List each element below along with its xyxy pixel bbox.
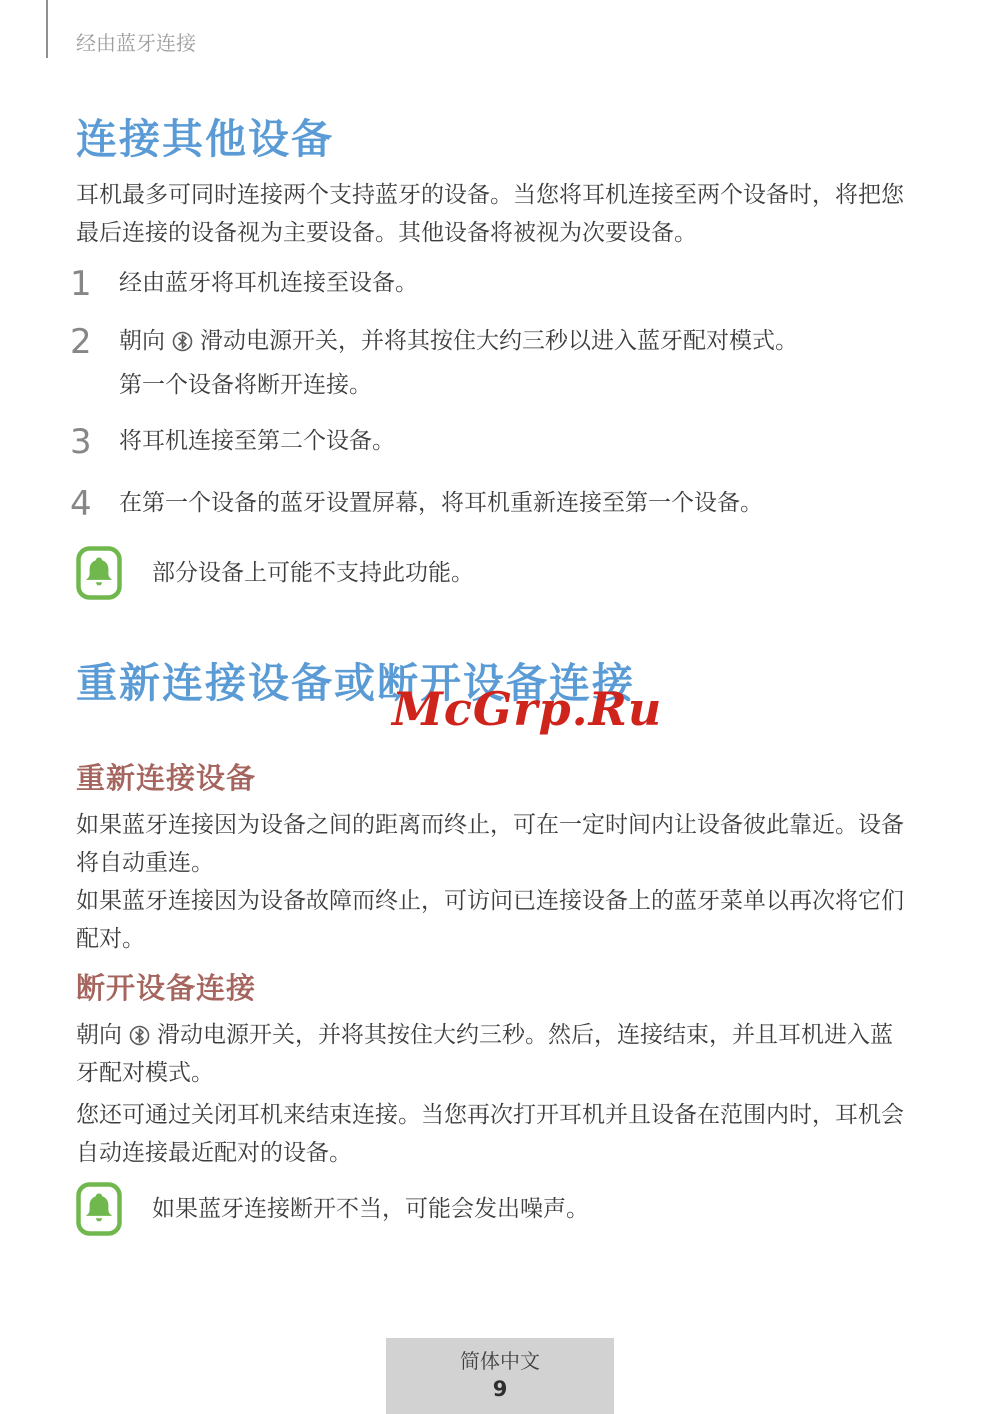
manual-page: 经由蓝牙连接 连接其他设备 耳机最多可同时连接两个支持蓝牙的设备。当您将耳机连接… [0, 0, 1000, 1414]
step-3-number: 3 [70, 422, 119, 462]
step-1-text: 经由蓝牙将耳机连接至设备。 [119, 270, 418, 296]
disconnect-paragraph-1-before: 朝向 [76, 1022, 122, 1048]
step-4-number: 4 [70, 484, 119, 524]
footer-page-label: 简体中文 9 [386, 1338, 614, 1414]
disconnect-paragraph-1-after: 滑动电源开关，并将其按住大约三秒。然后，连接结束，并且耳机进入蓝 牙配对模式。 [76, 1022, 893, 1086]
section-title-connect-other-devices: 连接其他设备 [76, 116, 928, 162]
note-noise-warning: 如果蓝牙连接断开不当，可能会发出噪声。 [76, 1182, 928, 1236]
reconnect-paragraph-1: 如果蓝牙连接因为设备之间的距离而终止，可在一定时间内让设备彼此靠近。设备 将自动… [76, 806, 928, 882]
step-2-number: 2 [70, 322, 119, 404]
step-1: 1 经由蓝牙将耳机连接至设备。 [70, 264, 928, 304]
header-rule [46, 0, 48, 58]
step-4: 4 在第一个设备的蓝牙设置屏幕，将耳机重新连接至第一个设备。 [70, 484, 928, 524]
step-2-text-before: 朝向 [119, 328, 165, 354]
bluetooth-icon [172, 331, 193, 352]
subsection-title-disconnect: 断开设备连接 [76, 970, 928, 1006]
step-2: 2 朝向滑动电源开关，并将其按住大约三秒以进入蓝牙配对模式。 第一个设备将断开连… [70, 322, 928, 404]
step-3-text: 将耳机连接至第二个设备。 [119, 428, 395, 454]
footer-page-number: 9 [386, 1376, 614, 1402]
note-feature-support: 部分设备上可能不支持此功能。 [76, 546, 928, 600]
connect-steps-list: 1 经由蓝牙将耳机连接至设备。 2 朝向滑动电源开关，并将其按住大约三秒以进入蓝… [76, 264, 928, 524]
footer-language: 简体中文 [386, 1348, 614, 1374]
subsection-title-reconnect: 重新连接设备 [76, 760, 928, 796]
breadcrumb: 经由蓝牙连接 [76, 0, 928, 56]
disconnect-paragraph-1: 朝向滑动电源开关，并将其按住大约三秒。然后，连接结束，并且耳机进入蓝 牙配对模式… [76, 1016, 928, 1092]
step-3: 3 将耳机连接至第二个设备。 [70, 422, 928, 462]
notice-bell-icon [76, 546, 122, 600]
reconnect-paragraph-2: 如果蓝牙连接因为设备故障而终止，可访问已连接设备上的蓝牙菜单以再次将它们 配对。 [76, 882, 928, 958]
step-2-text: 朝向滑动电源开关，并将其按住大约三秒以进入蓝牙配对模式。 [119, 322, 798, 360]
step-4-text: 在第一个设备的蓝牙设置屏幕，将耳机重新连接至第一个设备。 [119, 490, 763, 516]
step-2-subtext: 第一个设备将断开连接。 [119, 366, 798, 404]
step-1-number: 1 [70, 264, 119, 304]
bluetooth-icon [129, 1025, 150, 1046]
connect-intro-paragraph: 耳机最多可同时连接两个支持蓝牙的设备。当您将耳机连接至两个设备时，将把您 最后连… [76, 176, 928, 252]
disconnect-paragraph-2: 您还可通过关闭耳机来结束连接。当您再次打开耳机并且设备在范围内时，耳机会 自动连… [76, 1096, 928, 1172]
notice-bell-icon [76, 1182, 122, 1236]
watermark: McGrp.Ru [392, 684, 662, 734]
note-noise-warning-text: 如果蓝牙连接断开不当，可能会发出噪声。 [152, 1190, 589, 1228]
step-2-text-after: 滑动电源开关，并将其按住大约三秒以进入蓝牙配对模式。 [200, 328, 798, 354]
note-feature-support-text: 部分设备上可能不支持此功能。 [152, 554, 474, 592]
